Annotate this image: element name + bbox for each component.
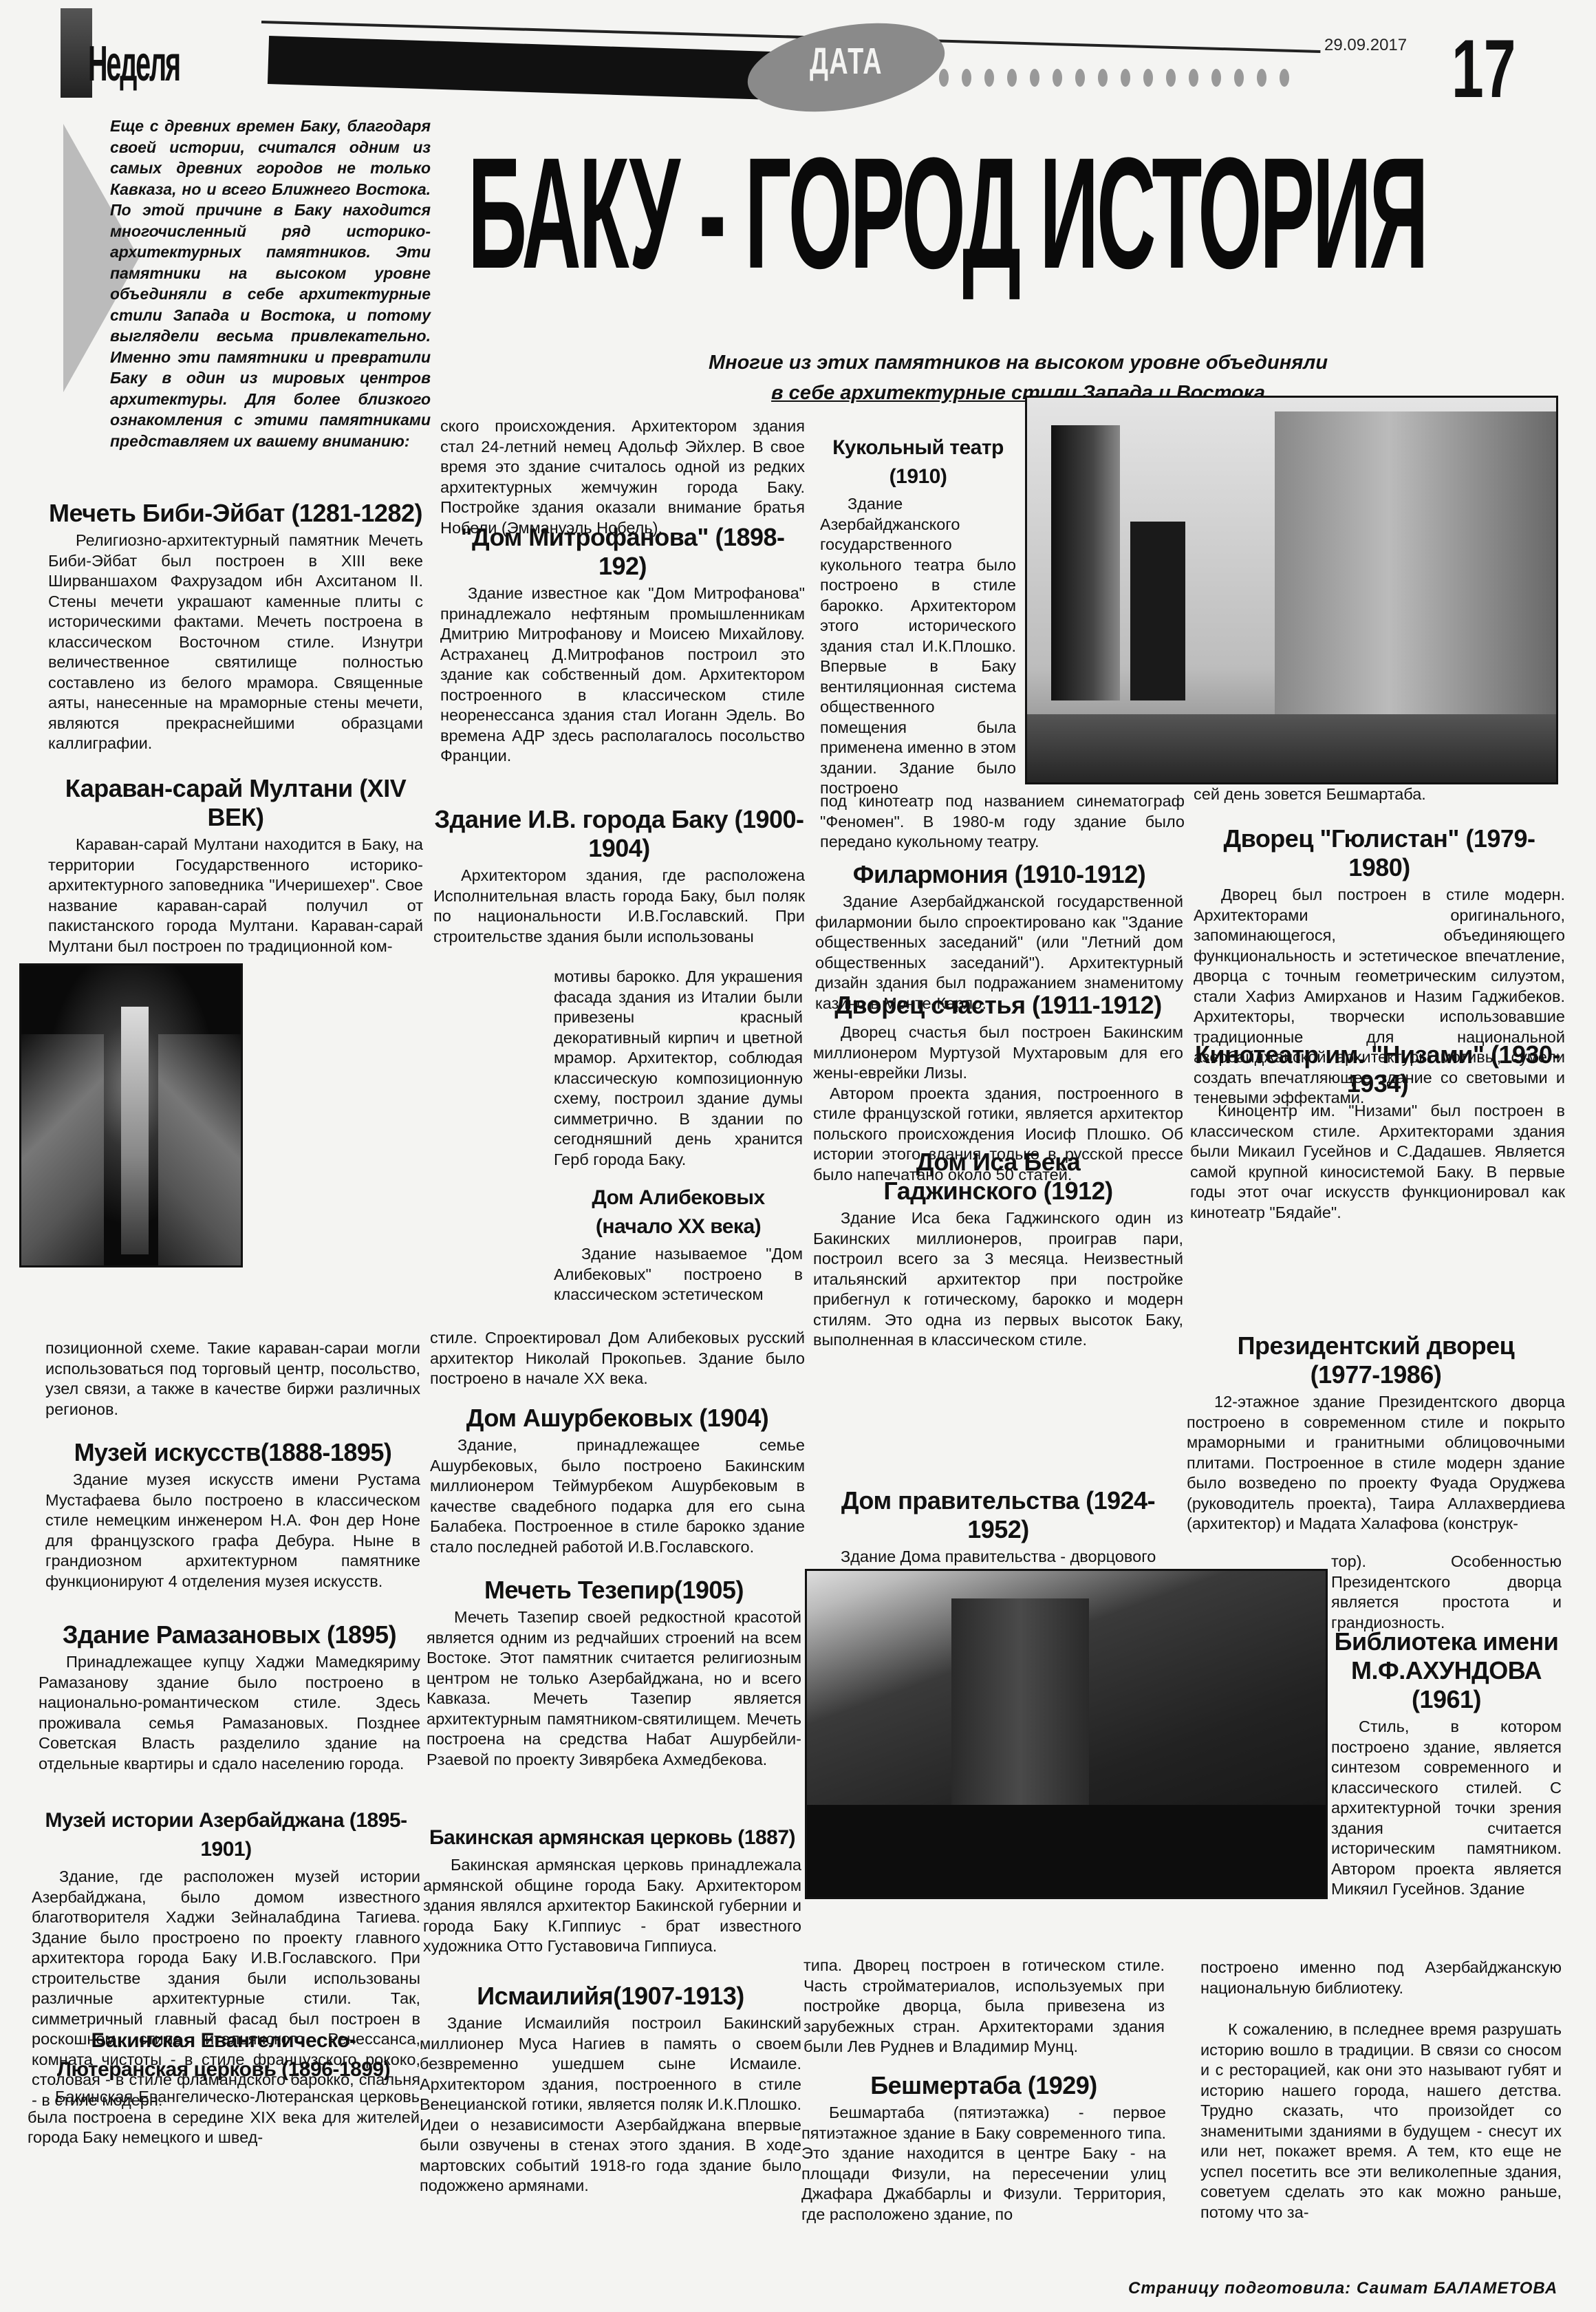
article-title: "Дом Митрофанова" (1898-192) bbox=[440, 523, 805, 581]
article-body: Принадлежащее купцу Хаджи Мамедкяриму Ра… bbox=[39, 1652, 420, 1774]
article-beshmartaba: Бешмертаба (1929) Бешмартаба (пятиэтажка… bbox=[801, 2071, 1166, 2225]
article-ashurbekov: Дом Ашурбековых (1904) Здание, принадлеж… bbox=[430, 1404, 805, 1557]
article-title: Дом Ашурбековых (1904) bbox=[430, 1404, 805, 1433]
article-body: Здание Иса бека Гаджинского один из Баки… bbox=[813, 1208, 1183, 1351]
article-city-hall-side: мотивы барокко. Для украшения фасада зда… bbox=[554, 967, 803, 1170]
article-body: 12-этажное здание Президентского дворца … bbox=[1187, 1392, 1565, 1534]
page-number: 17 bbox=[1452, 28, 1516, 110]
article-title: Музей искусств(1888-1895) bbox=[45, 1438, 420, 1467]
article-body: Здание Исмаилийя построил Бакинский милл… bbox=[420, 2013, 801, 2196]
article-government-house-continued: типа. Дворец построен в готическом стиле… bbox=[804, 1956, 1165, 2057]
article-title: Караван-сарай Мултани (XIV ВЕК) bbox=[48, 774, 423, 832]
article-ismailiyya: Исмаилийя(1907-1913) Здание Исмаилийя по… bbox=[420, 1982, 801, 2196]
article-bibi-heybat: Мечеть Биби-Эйбат (1281-1282) Религиозно… bbox=[48, 499, 423, 754]
article-multani: Караван-сарай Мултани (XIV ВЕК) Караван-… bbox=[48, 774, 423, 956]
article-body: Здание Азербайджанского государственного… bbox=[820, 494, 1016, 799]
article-title: Здание Рамазановых (1895) bbox=[39, 1620, 420, 1649]
article-title: Дворец "Гюлистан" (1979-1980) bbox=[1194, 824, 1565, 882]
newspaper-logo: Неделя bbox=[61, 8, 260, 105]
government-house-photo bbox=[805, 1569, 1328, 1899]
article-puppet-theatre: Кукольный театр (1910) Здание Азербайджа… bbox=[820, 433, 1016, 799]
article-body: Религиозно-архитектурный памятник Мечеть… bbox=[48, 531, 423, 754]
article-body: Архитектором здания, где расположена Исп… bbox=[433, 866, 805, 947]
article-mitrofanov: "Дом Митрофанова" (1898-192) Здание изве… bbox=[440, 523, 805, 767]
masthead-bar bbox=[268, 36, 785, 100]
article-body: К сожалению, в пследнее время разрушать … bbox=[1200, 2020, 1562, 2223]
article-beshmartaba-continued: сей день зовется Бешмартаба. bbox=[1194, 784, 1565, 805]
article-puppet-theatre-continued: под кинотеатр под названием синематограф… bbox=[820, 791, 1185, 853]
article-body: Здание Дома правительства - дворцового bbox=[813, 1547, 1183, 1567]
article-title: Здание И.В. города Баку (1900-1904) bbox=[433, 805, 805, 863]
article-title: Мечеть Тезепир(1905) bbox=[427, 1576, 801, 1605]
maiden-tower-photo bbox=[1025, 396, 1558, 784]
masthead-dots bbox=[939, 69, 1289, 87]
article-lutheran-continued: ского происхождения. Архитектором здания… bbox=[440, 416, 805, 538]
article-hajinski: Дом Иса Бека Гаджинского (1912) Здание И… bbox=[813, 1148, 1183, 1351]
article-title: Бакинская армянская церковь (1887) bbox=[423, 1823, 801, 1852]
article-title: Библиотека имени М.Ф.АХУНДОВА (1961) bbox=[1331, 1627, 1562, 1714]
article-lutheran: Бакинская Евангелическо-Лютеранская церк… bbox=[28, 2026, 420, 2148]
article-body: Стиль, в котором построено здание, являе… bbox=[1331, 1717, 1562, 1900]
article-conclusion: К сожалению, в пследнее время разрушать … bbox=[1200, 2020, 1562, 2223]
issue-date: 29.09.2017 bbox=[1324, 36, 1407, 55]
article-title: Музей истории Азербайджана (1895-1901) bbox=[32, 1806, 420, 1864]
page-headline: БАКУ - ГОРОД ИСТОРИЯ bbox=[468, 134, 1040, 292]
article-body: Киноцентр им. "Низами" был построен в кл… bbox=[1190, 1101, 1565, 1223]
article-government-house: Дом правительства (1924-1952) Здание Дом… bbox=[813, 1486, 1183, 1567]
article-title: Исмаилийя(1907-1913) bbox=[420, 1982, 801, 2011]
lutheran-church-photo bbox=[19, 963, 243, 1267]
article-title: Президентский дворец (1977-1986) bbox=[1187, 1331, 1565, 1389]
page-credit: Страницу подготовила: Саимат БАЛАМЕТОВА bbox=[1128, 2279, 1557, 2298]
article-body: Бакинская Евангелическо-Лютеранская церк… bbox=[28, 2087, 420, 2148]
section-label: ДАТА bbox=[796, 40, 897, 83]
article-title: Кукольный театр (1910) bbox=[820, 433, 1016, 491]
article-title: Филармония (1910-1912) bbox=[815, 860, 1183, 889]
article-body: Бешмартаба (пятиэтажка) - первое пятиэта… bbox=[801, 2103, 1166, 2225]
article-body: Здание, принадлежащее семье Ашурбековых,… bbox=[430, 1435, 805, 1557]
article-alibekov: Дом Алибековых (начало XX века) Здание н… bbox=[554, 1184, 803, 1305]
article-title: Мечеть Биби-Эйбат (1281-1282) bbox=[48, 499, 423, 528]
article-armenian-church: Бакинская армянская церковь (1887) Бакин… bbox=[423, 1823, 801, 1957]
article-presidential-palace: Президентский дворец (1977-1986) 12-этаж… bbox=[1187, 1331, 1565, 1534]
article-multani-continued: позиционной схеме. Такие караван-сараи м… bbox=[45, 1338, 420, 1420]
article-art-museum: Музей искусств(1888-1895) Здание музея и… bbox=[45, 1438, 420, 1592]
article-akhundov-library-continued: построено именно под Азербайджанскую нац… bbox=[1200, 1958, 1562, 1998]
article-title: Дом Иса Бека Гаджинского (1912) bbox=[813, 1148, 1183, 1206]
intro-paragraph: Еще с древних времен Баку, благодаря сво… bbox=[55, 116, 431, 451]
article-ramazanov: Здание Рамазановых (1895) Принадлежащее … bbox=[39, 1620, 420, 1774]
article-body: Здание музея искусств имени Рустама Муст… bbox=[45, 1470, 420, 1592]
article-tezepir: Мечеть Тезепир(1905) Мечеть Тазепир свое… bbox=[427, 1576, 801, 1770]
article-body: Дворец счастья был построен Бакинским ми… bbox=[813, 1023, 1183, 1084]
article-akhundov-library: Библиотека имени М.Ф.АХУНДОВА (1961) Сти… bbox=[1331, 1627, 1562, 1900]
article-body: Здание называемое "Дом Алибековых" постр… bbox=[554, 1244, 803, 1305]
article-title: Дворец счастья (1911-1912) bbox=[813, 991, 1183, 1020]
article-title: Дом Алибековых (начало XX века) bbox=[554, 1184, 803, 1241]
article-nizami-cinema: Кинотеатр им. "Низами" (1930-1934) Киноц… bbox=[1190, 1040, 1565, 1223]
article-title: Бакинская Евангелическо-Лютеранская церк… bbox=[28, 2026, 420, 2084]
article-body: Бакинская армянская церковь принадлежала… bbox=[423, 1855, 801, 1957]
logo-text: Неделя bbox=[88, 36, 180, 92]
article-presidential-palace-continued: тор). Особенностью Президентского дворца… bbox=[1331, 1552, 1562, 1633]
article-title: Бешмертаба (1929) bbox=[801, 2071, 1166, 2100]
article-city-hall: Здание И.В. города Баку (1900-1904) Архи… bbox=[433, 805, 805, 947]
article-alibekov-continued: стиле. Спроектировал Дом Алибековых русс… bbox=[430, 1328, 805, 1389]
article-body: Мечеть Тазепир своей редкостной красотой… bbox=[427, 1607, 801, 1770]
article-title: Дом правительства (1924-1952) bbox=[813, 1486, 1183, 1544]
article-title: Кинотеатр им. "Низами" (1930-1934) bbox=[1190, 1040, 1565, 1098]
article-body: Здание известное как "Дом Митрофанова" п… bbox=[440, 584, 805, 767]
article-body: Караван-сарай Мултани находится в Баку, … bbox=[48, 835, 423, 956]
subheadline-line-1: Многие из этих памятников на высоком уро… bbox=[605, 347, 1431, 378]
